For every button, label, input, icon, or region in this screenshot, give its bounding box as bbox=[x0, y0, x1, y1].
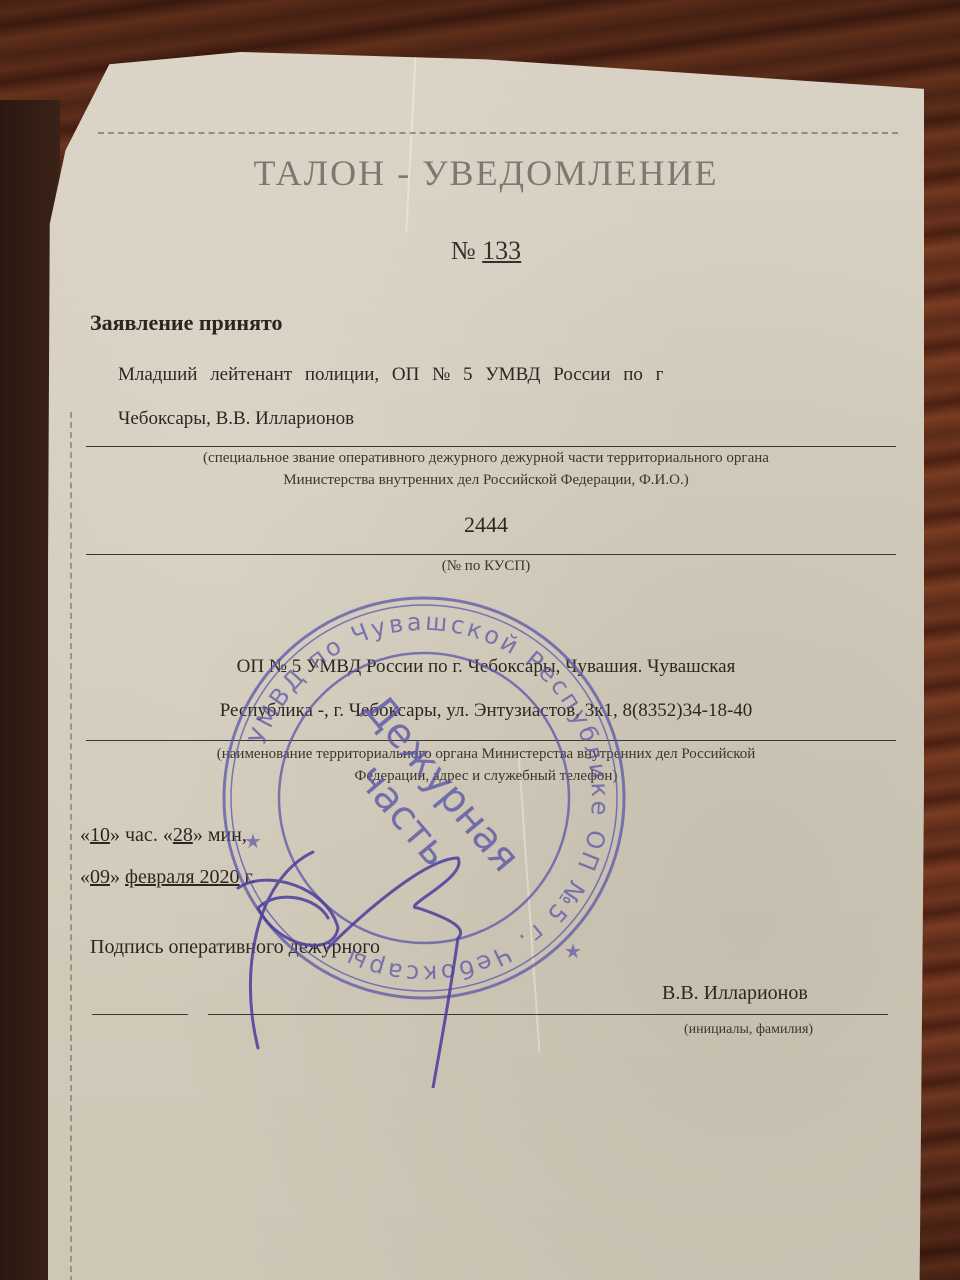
signature-underline bbox=[208, 1014, 888, 1015]
day-value: 09 bbox=[90, 866, 110, 888]
minute-label: мин, bbox=[208, 824, 247, 846]
paper-crease bbox=[405, 52, 416, 232]
officer-caption-2: Министерства внутренних дел Российской Ф… bbox=[48, 472, 924, 489]
signature-underline-left bbox=[92, 1014, 188, 1015]
document-number: № 133 bbox=[48, 236, 924, 266]
officer-underline bbox=[86, 446, 896, 447]
officer-line-2: Чебоксары, В.В. Илларионов bbox=[118, 408, 354, 430]
kusp-caption: (№ по КУСП) bbox=[48, 558, 924, 575]
paper-crease bbox=[518, 752, 541, 1051]
minute-value: 28 bbox=[173, 824, 193, 846]
notification-slip: ТАЛОН - УВЕДОМЛЕНИЕ № 133 Заявление прин… bbox=[48, 52, 924, 1280]
hour-value: 10 bbox=[90, 824, 110, 846]
signature-label: Подпись оперативного дежурного bbox=[90, 936, 380, 959]
kusp-number: 2444 bbox=[48, 512, 924, 538]
document-title: ТАЛОН - УВЕДОМЛЕНИЕ bbox=[48, 152, 924, 194]
kusp-underline bbox=[86, 554, 896, 555]
number-value: 133 bbox=[482, 236, 521, 265]
org-line-1: ОП № 5 УМВД России по г. Чебоксары, Чува… bbox=[48, 656, 924, 678]
org-caption-2: Федерации, адрес и служебный телефон) bbox=[48, 768, 924, 785]
month-year-value: февраля 2020 bbox=[125, 866, 240, 888]
org-line-2: Республика -, г. Чебоксары, ул. Энтузиас… bbox=[48, 700, 924, 722]
time-received: «10» час. «28» мин, bbox=[80, 824, 247, 847]
year-suffix: г. bbox=[245, 866, 256, 888]
perforation-line bbox=[70, 412, 72, 1280]
number-prefix: № bbox=[451, 236, 476, 265]
org-caption-1: (наименование территориального органа Ми… bbox=[48, 746, 924, 763]
top-dashed-line bbox=[98, 132, 898, 134]
signer-caption: (инициалы, фамилия) bbox=[684, 1022, 813, 1038]
statement-accepted-heading: Заявление принято bbox=[90, 310, 283, 336]
hour-label: час. bbox=[125, 824, 158, 846]
officer-line-1: Младший лейтенант полиции, ОП № 5 УМВД Р… bbox=[118, 364, 663, 386]
officer-caption-1: (специальное звание оперативного дежурно… bbox=[48, 450, 924, 467]
date-received: «09» февраля 2020 г. bbox=[80, 866, 255, 889]
signer-name: В.В. Илларионов bbox=[662, 982, 808, 1005]
org-underline bbox=[86, 740, 896, 741]
